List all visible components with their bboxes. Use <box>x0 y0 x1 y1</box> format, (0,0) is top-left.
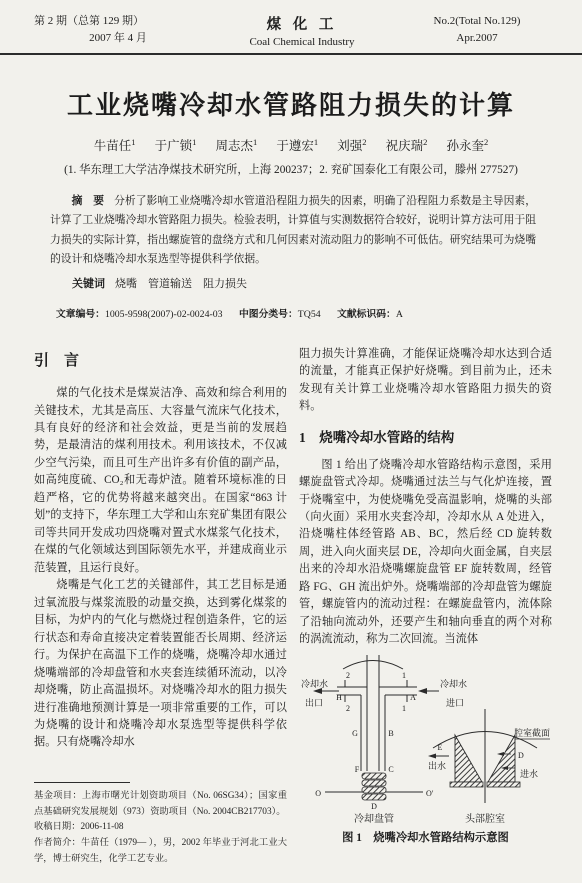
author-name: 刘强 <box>337 139 362 153</box>
author-affil-sup: 1 <box>131 137 135 147</box>
footnote: 基金项目：上海市曙光计划资助项目（No. 06SG34）；国家重点基础研究发展规… <box>34 782 287 868</box>
author-affil-sup: 1 <box>192 137 196 147</box>
author-affil-sup: 2 <box>484 137 488 147</box>
fig-mark-D2: D <box>518 751 524 760</box>
author: 周志杰1 <box>215 139 257 153</box>
journal-page: 第 2 期（总第 129 期） 2007 年 4 月 煤 化 工 Coal Ch… <box>0 0 582 883</box>
issue-date-cn: 2007 年 4 月 <box>34 30 202 47</box>
author: 于广锁1 <box>155 139 197 153</box>
header-journal-block: 煤 化 工 Coal Chemical Industry <box>202 13 402 48</box>
fig-mark-O: O <box>315 789 321 798</box>
abstract: 摘 要分析了影响工业烧嘴冷却水管道沿程阻力损失的因素，明确了沿程阻力系数是主导因… <box>50 192 536 270</box>
intro-heading: 引 言 <box>34 350 287 373</box>
fig-label-coolant-out-1: 冷却水 <box>301 678 328 689</box>
author: 牛苗任1 <box>94 139 136 153</box>
author: 祝庆瑞2 <box>386 139 428 153</box>
affiliation: (1. 华东理工大学洁净煤技术研究所，上海 200237；2. 兖矿国泰化工有限… <box>0 161 582 177</box>
fig-label-chamber-section: 腔室截面 <box>514 727 550 738</box>
fig-label-out-water: 出水 <box>428 760 446 771</box>
fig-caption-coil: 冷却盘管 <box>354 812 394 825</box>
author-name: 于广锁 <box>155 139 193 153</box>
issue-number: 第 2 期（总第 129 期） <box>34 13 202 30</box>
left-column: 引 言 煤的气化技术是煤炭洁净、高效和综合利用的关键技术，尤其是高压、大容量气流… <box>34 346 287 868</box>
issue-number-en: No.2(Total No.129) <box>402 13 552 30</box>
keywords-label: 关键词 <box>72 278 105 290</box>
author-name: 祝庆瑞 <box>386 139 424 153</box>
fig-mark-1-bottom: 1 <box>402 704 406 713</box>
fig-mark-E: E <box>438 743 443 752</box>
footnote-bio: 作者简介：牛苗任（1979— ），男，2002 年毕业于河北工业大学，博士研究生… <box>34 836 287 868</box>
header-issue-block: 第 2 期（总第 129 期） 2007 年 4 月 <box>34 13 202 46</box>
fig-label-coolant-out-2: 出口 <box>305 697 323 708</box>
fig-mark-C: C <box>388 765 393 774</box>
intro-paragraph-1: 煤的气化技术是煤炭洁净、高效和综合利用的关键技术，尤其是高压、大容量气流床气化技… <box>34 385 287 577</box>
author: 于遵宏1 <box>276 139 318 153</box>
author: 孙永奎2 <box>447 139 489 153</box>
author-affil-sup: 1 <box>253 137 257 147</box>
fig-mark-1-top: 1 <box>402 671 406 680</box>
fig-mark-2-bottom: 2 <box>346 704 350 713</box>
author-name: 牛苗任 <box>94 139 132 153</box>
body-columns: 引 言 煤的气化技术是煤炭洁净、高效和综合利用的关键技术，尤其是高压、大容量气流… <box>0 346 582 868</box>
fig-mark-B: B <box>388 729 393 738</box>
figure-1: 冷却水 出口 冷却水 进口 2 H 2 1 A 1 G B F C O O′ D <box>299 651 552 848</box>
abstract-text: 分析了影响工业烧嘴冷却水管道沿程阻力损失的因素，明确了沿程阻力系数是主导因素，计… <box>50 195 536 265</box>
author-list: 牛苗任1 于广锁1 周志杰1 于遵宏1 刘强2 祝庆瑞2 孙永奎2 <box>0 136 582 154</box>
clc-value: TQ54 <box>298 309 321 320</box>
author-name: 于遵宏 <box>276 139 314 153</box>
author-affil-sup: 1 <box>314 137 318 147</box>
fig-mark-2-top: 2 <box>346 671 350 680</box>
section1-paragraph-1: 图 1 给出了烧嘴冷却水管路结构示意图，采用螺旋盘管式冷却。烧嘴通过法兰与气化炉… <box>299 457 552 649</box>
author-affil-sup: 2 <box>362 137 366 147</box>
abstract-label: 摘 要 <box>72 195 104 207</box>
fig-label-coolant-in-1: 冷却水 <box>440 678 467 689</box>
clc-label: 中图分类号： <box>239 309 298 320</box>
fig-label-coolant-in-2: 进口 <box>446 697 464 708</box>
keywords-text: 烧嘴 管道输送 阻力损失 <box>115 278 247 290</box>
fig-mark-G: G <box>352 729 358 738</box>
fig-label-in-water: 进水 <box>520 768 538 779</box>
header-no-block: No.2(Total No.129) Apr.2007 <box>402 13 552 46</box>
footnote-rule <box>34 782 130 783</box>
page-header: 第 2 期（总第 129 期） 2007 年 4 月 煤 化 工 Coal Ch… <box>0 0 582 55</box>
document-code-label: 文献标识码： <box>337 309 396 320</box>
footnote-fund: 基金项目：上海市曙光计划资助项目（No. 06SG34）；国家重点基础研究发展规… <box>34 789 287 821</box>
fig-mark-A: A <box>410 693 416 702</box>
article-number-value: 1005-9598(2007)-02-0024-03 <box>105 309 223 320</box>
right-paragraph-0: 阻力损失计算准确，才能保证烧嘴冷却水达到合适的流量，才能真正保护好烧嘴。到目前为… <box>299 346 552 416</box>
author-affil-sup: 2 <box>423 137 427 147</box>
document-code-value: A <box>396 309 403 320</box>
article-number-label: 文章编号： <box>56 309 105 320</box>
article-meta: 文章编号：1005-9598(2007)-02-0024-03 中图分类号：TQ… <box>56 306 536 320</box>
article-number: 文章编号：1005-9598(2007)-02-0024-03 <box>56 309 223 320</box>
section1-heading: 1 烧嘴冷却水管路的结构 <box>299 427 552 448</box>
journal-title-en: Coal Chemical Industry <box>202 36 402 48</box>
figure-1-drawing: 冷却水 出口 冷却水 进口 2 H 2 1 A 1 G B F C O O′ D <box>299 651 552 827</box>
article-title: 工业烧嘴冷却水管路阻力损失的计算 <box>0 85 582 122</box>
issue-date-en: Apr.2007 <box>402 30 552 47</box>
author: 刘强2 <box>337 139 366 153</box>
figure-1-caption: 图 1 烧嘴冷却水管路结构示意图 <box>299 830 552 848</box>
author-name: 孙永奎 <box>447 139 485 153</box>
footnote-received: 收稿日期：2006-11-08 <box>34 820 287 836</box>
fig-mark-O-prime: O′ <box>426 789 434 798</box>
right-column: 阻力损失计算准确，才能保证烧嘴冷却水达到合适的流量，才能真正保护好烧嘴。到目前为… <box>299 346 552 868</box>
fig-mark-H: H <box>336 693 342 702</box>
document-code: 文献标识码：A <box>337 309 403 320</box>
clc-number: 中图分类号：TQ54 <box>239 309 321 320</box>
fig-mark-D: D <box>371 802 377 811</box>
author-name: 周志杰 <box>215 139 253 153</box>
journal-title-cn: 煤 化 工 <box>202 13 402 34</box>
fig-caption-head-chamber: 头部腔室 <box>465 812 505 825</box>
keywords: 关键词烧嘴 管道输送 阻力损失 <box>50 275 536 291</box>
fig-mark-F: F <box>355 765 360 774</box>
intro-paragraph-2: 烧嘴是气化工艺的关键部件，其工艺目标是通过氧流股与煤浆流股的动量交换，达到雾化煤… <box>34 577 287 752</box>
